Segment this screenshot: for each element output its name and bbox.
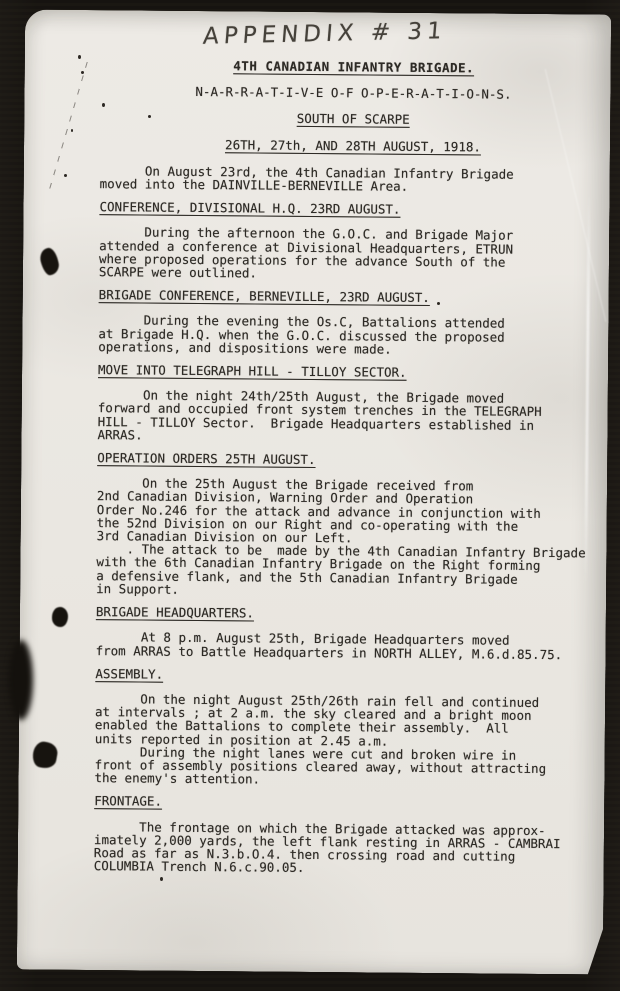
section-conference-divisional-hq: CONFERENCE, DIVISIONAL H.Q. 23RD AUGUST.… (99, 200, 606, 282)
section-body: On the 25th August the Brigade received … (96, 476, 603, 599)
section-intro: On August 23rd, the 4th Canadian Infantr… (100, 164, 606, 195)
scan-background: APPENDIX # 31 4TH CANADIAN INFANTRY BRIG… (0, 0, 620, 991)
ink-speck (160, 877, 163, 881)
narrative-line: N-A-R-R-A-T-I-V-E O-F O-P-E-R-A-T-I-O-N-… (195, 84, 511, 102)
section-body: During the afternoon the G.O.C. and Brig… (99, 226, 605, 283)
handwritten-annotation: APPENDIX # 31 (202, 17, 504, 50)
section-move-into-telegraph-hill: MOVE INTO TELEGRAPH HILL - TILLOY SECTOR… (97, 363, 604, 445)
section-heading: BRIGADE HEADQUARTERS. (96, 605, 602, 623)
section-body: On the night August 25th/26th rain fell … (94, 692, 601, 789)
section-heading: CONFERENCE, DIVISIONAL H.Q. 23RD AUGUST. (99, 200, 605, 218)
section-body: At 8 p.m. August 25th, Brigade Headquart… (96, 630, 602, 661)
section-heading: FRONTAGE. (94, 794, 600, 812)
section-frontage: FRONTAGE. The frontage on which the Brig… (94, 794, 601, 876)
ink-speck (437, 302, 440, 305)
ink-speck (64, 174, 67, 177)
section-brigade-headquarters: BRIGADE HEADQUARTERS. At 8 p.m. August 2… (96, 605, 602, 661)
section-body: During the evening the Os.C, Battalions … (98, 314, 604, 358)
ink-speck (102, 103, 105, 107)
section-operation-orders: OPERATION ORDERS 25TH AUGUST. On the 25t… (96, 451, 603, 599)
ink-blot (52, 607, 68, 627)
ink-speck (71, 129, 73, 132)
section-brigade-conference: BRIGADE CONFERENCE, BERNEVILLE, 23RD AUG… (98, 288, 605, 357)
pencil-scratch (48, 62, 88, 195)
ink-speck (148, 115, 151, 118)
page-title: 4TH CANADIAN INFANTRY BRIGADE. (233, 58, 474, 75)
section-body: On the night 24th/25th August, the Briga… (97, 388, 603, 445)
section-assembly: ASSEMBLY. On the night August 25th/26th … (94, 667, 601, 789)
section-body: On August 23rd, the 4th Canadian Infantr… (100, 164, 606, 195)
section-heading: BRIGADE CONFERENCE, BERNEVILLE, 23RD AUG… (99, 288, 605, 306)
paper: APPENDIX # 31 4TH CANADIAN INFANTRY BRIG… (17, 9, 611, 974)
section-heading: MOVE INTO TELEGRAPH HILL - TILLOY SECTOR… (98, 363, 604, 381)
section-heading: OPERATION ORDERS 25TH AUGUST. (97, 451, 603, 469)
document-header: 4TH CANADIAN INFANTRY BRIGADE. N-A-R-R-A… (100, 58, 607, 154)
ink-speck (78, 55, 81, 59)
ink-speck (81, 71, 84, 74)
section-body: The frontage on which the Brigade attack… (94, 820, 600, 877)
document-subtitle: SOUTH OF SCARPE (297, 111, 410, 127)
date-line: 26TH, 27th, AND 28TH AUGUST, 1918. (225, 137, 481, 154)
section-heading: ASSEMBLY. (95, 667, 601, 685)
document-content: 4TH CANADIAN INFANTRY BRIGADE. N-A-R-R-A… (94, 58, 607, 887)
scan-shadow-blob (9, 640, 33, 720)
